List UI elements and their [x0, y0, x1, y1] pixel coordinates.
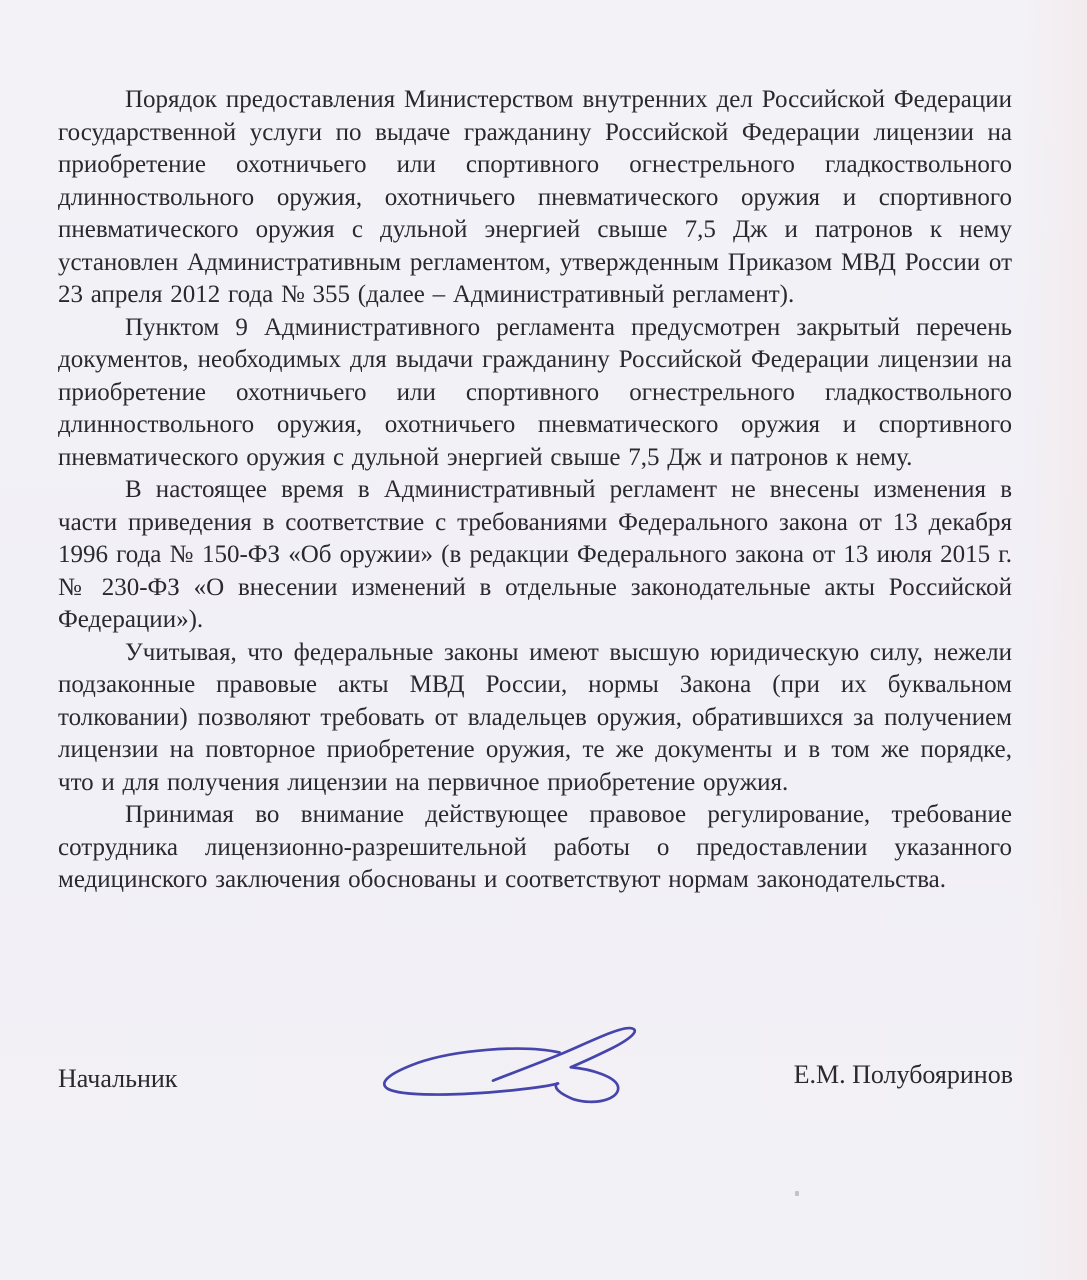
signature-block: Начальник Е.М. Полубояринов: [0, 1014, 1087, 1184]
paragraph-5: Принимая во внимание действующее правово…: [58, 799, 1012, 897]
signatory-position: Начальник: [58, 1064, 177, 1094]
handwritten-signature-icon: [371, 1013, 683, 1148]
signature-stroke-oval: [384, 1048, 560, 1096]
paragraph-4: Учитывая, что федеральные законы имеют в…: [58, 637, 1012, 800]
scan-speck: [795, 1191, 799, 1196]
paragraph-3: В настоящее время в Административный рег…: [58, 474, 1012, 637]
document-body: Порядок предоставления Министерством вну…: [58, 84, 1012, 897]
signature-stroke-loop: [492, 1028, 636, 1104]
signatory-name: Е.М. Полубояринов: [794, 1060, 1013, 1090]
scanned-document-page: Порядок предоставления Министерством вну…: [0, 0, 1087, 1280]
paragraph-1: Порядок предоставления Министерством вну…: [58, 84, 1012, 312]
paragraph-2: Пунктом 9 Административного регламента п…: [58, 312, 1012, 475]
